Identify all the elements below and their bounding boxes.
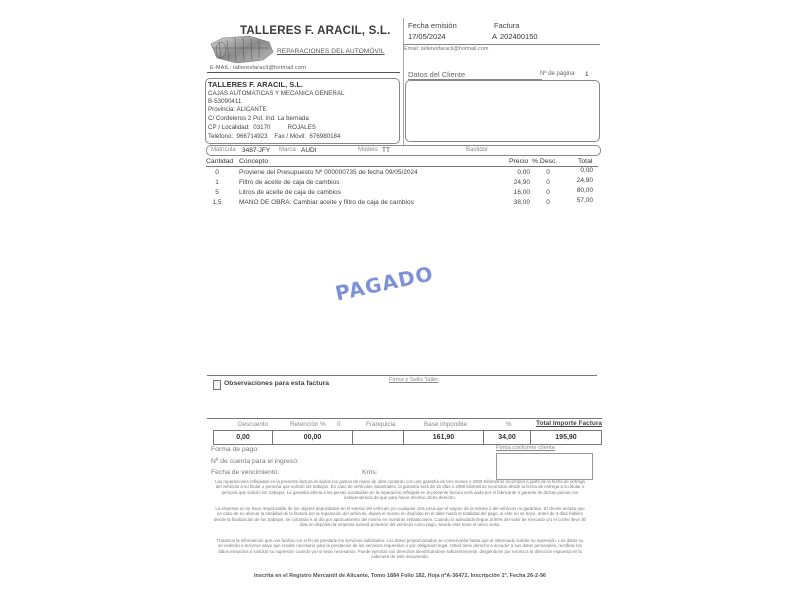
header-divider xyxy=(403,18,404,146)
taller-provincia: Provincia: ALICANTE xyxy=(208,106,267,113)
marca-value: AUDI xyxy=(301,147,317,154)
row-concepto: Filtro de aceite de caja de cambios xyxy=(239,179,339,186)
franquicia-value xyxy=(352,430,404,445)
registro-mercantil: Inscrita en el Registro Mercantil de Ali… xyxy=(210,573,590,579)
row-precio: 38,00 xyxy=(505,199,530,206)
marca-label: Marca xyxy=(279,147,296,153)
logo-email: E-MAIL: talleresfaracil@hotmail.com xyxy=(210,65,306,71)
pagina-label: Nº de página xyxy=(540,71,575,77)
franquicia-label: Franquicia xyxy=(366,421,395,428)
totals-rule xyxy=(207,418,602,419)
row-total: 24,90 xyxy=(567,177,593,184)
iva-value: 34,00 xyxy=(483,430,531,445)
table-header-rule xyxy=(206,166,598,167)
taller-cif: B-53090411 xyxy=(208,98,241,105)
row-total: 57,00 xyxy=(567,197,593,204)
retencion-value: 00,00 xyxy=(272,430,353,445)
datos-cliente-label: Datos del Cliente xyxy=(408,70,465,79)
company-title: TALLERES F. ARACIL, S.L. xyxy=(240,25,390,37)
firma-cliente-label: Firma conforme cliente xyxy=(496,445,555,451)
header-email: Email: talleresfaracil@hotmail.com xyxy=(404,46,488,52)
factura-label: Factura xyxy=(494,21,519,30)
col-precio-header: Precio xyxy=(509,158,528,165)
row-descuento: 0 xyxy=(543,179,553,186)
firma-taller-label: Firma y Sello Taller xyxy=(389,377,438,383)
taller-address: C/ Cordeleros 2 Pol. Ind. La bernada xyxy=(208,115,309,122)
factura-number: 202400150 xyxy=(500,32,538,41)
descuento-label: Descuento xyxy=(238,421,268,428)
row-cantidad: 1,5 xyxy=(206,199,228,206)
iva-label: % xyxy=(506,421,512,428)
row-descuento: 0 xyxy=(543,199,553,206)
row-concepto: Litros de aceite de caja de cambios xyxy=(239,189,341,196)
forma-pago-label: Forma de pago: xyxy=(211,446,259,453)
observaciones-rule xyxy=(207,375,597,376)
row-precio: 0,00 xyxy=(505,169,530,176)
base-imponible-label: Base imponible xyxy=(424,421,467,428)
document-icon xyxy=(213,380,221,390)
taller-localidad: CP / Localidad: 03170 ROJALES xyxy=(208,124,316,131)
row-cantidad: 1 xyxy=(206,179,228,186)
cliente-box xyxy=(405,80,600,142)
taller-phone: Teléfono: 966714923 Fax / Móvil: 6769801… xyxy=(208,133,340,140)
pagado-stamp: PAGADO xyxy=(333,261,436,305)
row-cantidad: 5 xyxy=(206,189,228,196)
factura-serie: A xyxy=(492,32,497,41)
company-slogan: REPARACIONES DEL AUTOMÓVIL xyxy=(277,48,385,55)
total-importe-label: Total Importe Factura xyxy=(536,420,602,427)
bastidor-label: Bastidor xyxy=(466,147,488,153)
fecha-vencimiento-label: Fecha de vencimiento: xyxy=(211,469,279,476)
firma-cliente-box xyxy=(496,453,593,480)
garantia-text: Las reparaciones reflejadas en la presen… xyxy=(214,479,586,500)
row-descuento: 0 xyxy=(543,169,553,176)
modelo-value: TT xyxy=(382,147,390,154)
retencion-label: Retención % xyxy=(290,421,326,428)
col-concepto-header: Concepto xyxy=(239,158,268,165)
observaciones-label: Observaciones para esta factura xyxy=(224,380,329,387)
taller-activity: CAJAS AUTOMATICAS Y MECANICA GENERAL xyxy=(208,90,344,97)
modelo-label: Modelo xyxy=(358,147,378,153)
proteccion-datos-text: Tratamos la información que nos facilita… xyxy=(214,538,586,559)
row-precio: 16,00 xyxy=(505,189,530,196)
total-importe-value: 195,90 xyxy=(530,430,602,445)
matricula-label: Matrícula xyxy=(211,147,236,153)
matricula-value: 3487-JFY xyxy=(242,147,270,154)
row-total: 0,00 xyxy=(567,167,593,174)
row-concepto: MANO DE OBRA: Cambiar aceite y filtro de… xyxy=(239,199,414,206)
taller-name: TALLERES F. ARACIL, S.L. xyxy=(208,80,303,89)
retencion-pct: 0 xyxy=(337,421,341,428)
pagina-value: 1 xyxy=(585,71,589,78)
row-concepto: Proviene del Presupuesto Nº 000000735 de… xyxy=(239,169,418,176)
row-total: 80,00 xyxy=(567,187,593,194)
row-descuento: 0 xyxy=(543,189,553,196)
kms-label: Kms: xyxy=(362,469,377,476)
fecha-emision-value: 17/05/2024 xyxy=(408,32,446,41)
header-rule xyxy=(403,44,600,45)
col-total-header: Total xyxy=(578,158,592,165)
cuenta-ingreso-label: Nº de cuenta para el ingreso: xyxy=(211,458,299,465)
col-desc-header: % Desc. xyxy=(532,158,557,165)
logo-divider xyxy=(207,72,400,73)
base-imponible-value: 161,90 xyxy=(403,430,484,445)
descuento-value: 0,00 xyxy=(213,430,273,445)
row-cantidad: 0 xyxy=(206,169,228,176)
responsabilidad-text: La empresa no se hace responsable de los… xyxy=(214,506,586,527)
col-cantidad-header: Cantidad xyxy=(206,158,233,165)
fecha-emision-label: Fecha emisión xyxy=(408,21,457,30)
row-precio: 24,90 xyxy=(505,179,530,186)
